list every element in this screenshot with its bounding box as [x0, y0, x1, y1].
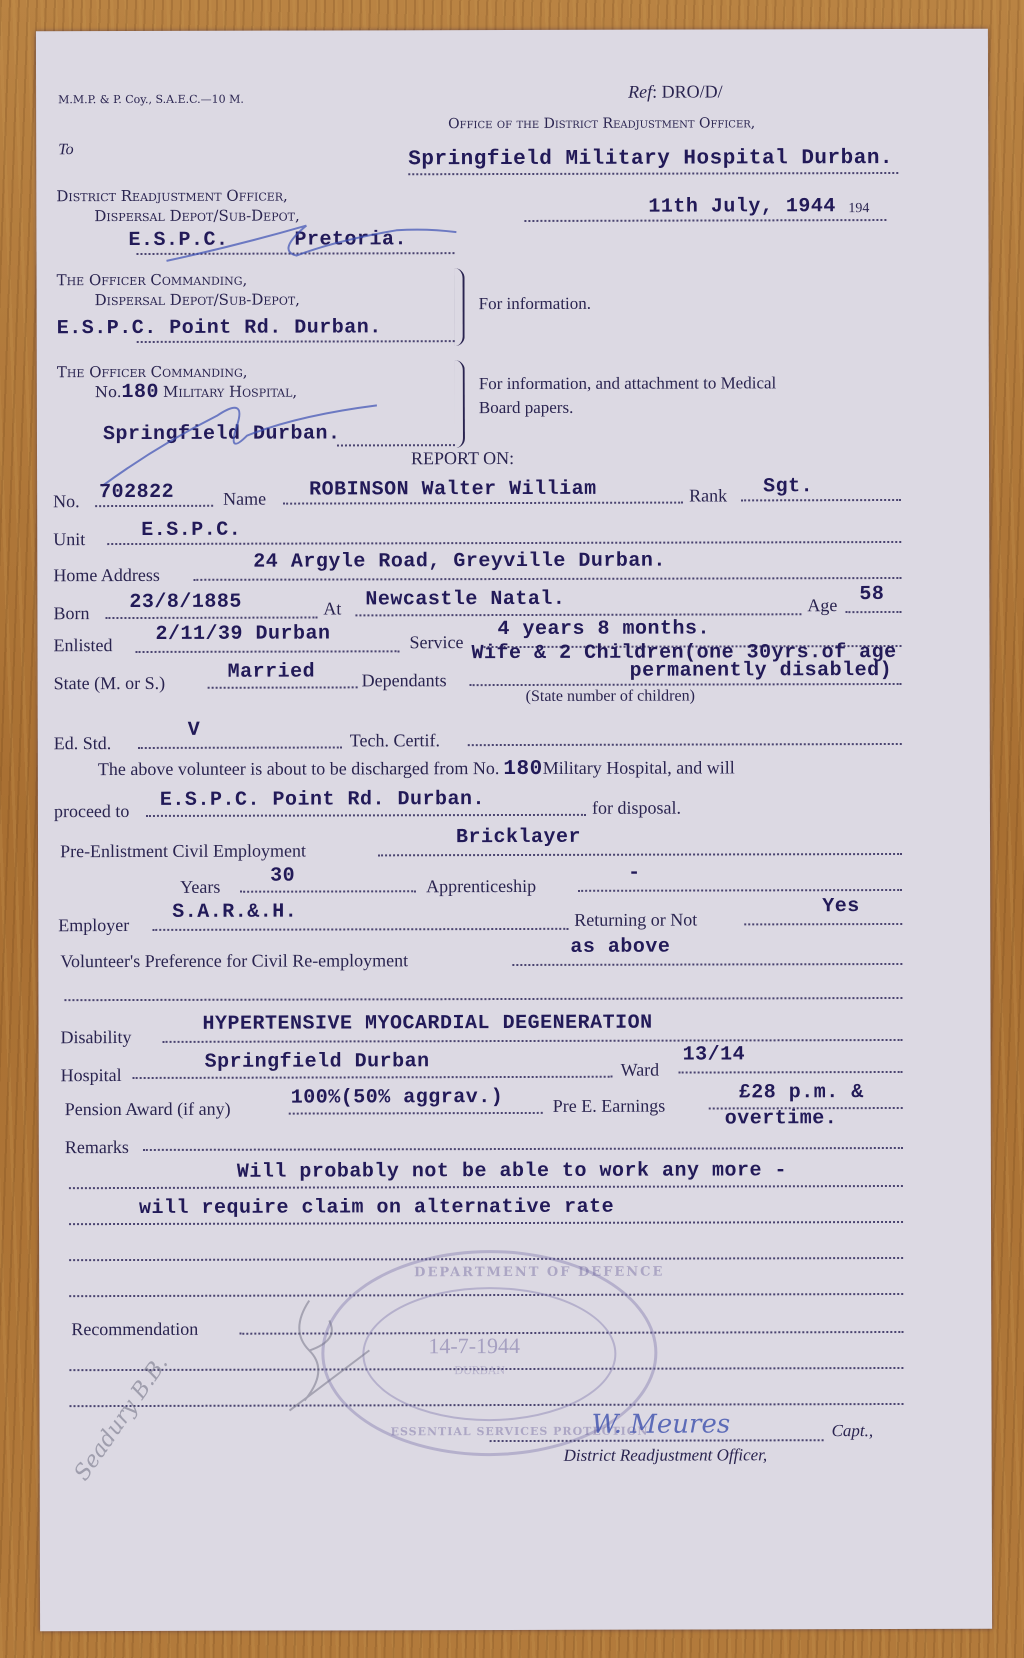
addressee-2-note: For information.: [479, 294, 591, 314]
preference-label: Volunteer's Preference for Civil Re-empl…: [60, 950, 408, 972]
readjustment-report-form: M.M.P. & P. Coy., S.A.E.C.—10 M. Ref: DR…: [36, 29, 992, 1631]
apprenticeship-label: Apprenticeship: [426, 876, 536, 897]
recommendation-label: Recommendation: [71, 1319, 198, 1340]
to-label: To: [58, 141, 73, 159]
earnings-label: Pre E. Earnings: [553, 1096, 666, 1117]
age-value: 58: [859, 583, 884, 606]
dependants-value-line2: permanently disabled): [630, 659, 893, 683]
pension-value: 100%(50% aggrav.): [291, 1086, 504, 1110]
signature-title: District Readjustment Officer,: [564, 1445, 768, 1466]
rank-label: Rank: [689, 485, 727, 506]
enlisted-value: 2/11/39 Durban: [155, 622, 330, 645]
service-label: Service: [409, 632, 463, 653]
addressee-2-line1: The Officer Commanding,: [57, 271, 248, 289]
office-location: Springfield Military Hospital Durban.: [408, 147, 893, 171]
printer-mark: M.M.P. & P. Coy., S.A.E.C.—10 M.: [58, 93, 244, 106]
pre-employment-value: Bricklayer: [456, 826, 581, 849]
ink-scribble-icon: [156, 210, 456, 271]
ref-value: DRO/D/: [662, 81, 723, 101]
report-heading: REPORT ON:: [411, 448, 514, 469]
dependants-label: Dependants: [362, 670, 447, 691]
employer-label: Employer: [58, 915, 129, 936]
stamp-date: 14-7-1944: [428, 1333, 520, 1359]
hospital-value: Springfield Durban: [205, 1050, 430, 1074]
remarks-line1: Will probably not be able to work any mo…: [237, 1159, 787, 1183]
addressee-1-line1: District Readjustment Officer,: [56, 187, 288, 206]
edstd-label: Ed. Std.: [54, 733, 112, 754]
proceed-value: E.S.P.C. Point Rd. Durban.: [160, 788, 485, 812]
rank-value: Sgt.: [763, 475, 813, 498]
employer-value: S.A.R.&.H.: [172, 901, 297, 924]
enlisted-label: Enlisted: [53, 635, 112, 656]
service-number: 702822: [99, 481, 174, 504]
disability-value: HYPERTENSIVE MYOCARDIAL DEGENERATION: [202, 1012, 652, 1036]
report-date: 11th July, 1944: [648, 195, 836, 218]
addressee-2-line2: Dispersal Depot/Sub-Depot,: [95, 291, 300, 310]
addressee-3-note-line1: For information, and attachment to Medic…: [479, 373, 776, 394]
state-value: Married: [228, 661, 316, 684]
hospital-label: Hospital: [61, 1065, 122, 1086]
pencil-margin-note: Seadury B.B.: [70, 1352, 174, 1486]
address-value: 24 Argyle Road, Greyville Durban.: [253, 550, 666, 574]
addressee-3-note-line2: Board papers.: [479, 398, 573, 418]
remarks-line2: will require claim on alternative rate: [139, 1196, 614, 1220]
unit-value: E.S.P.C.: [141, 519, 241, 542]
years-label: Years: [180, 877, 220, 898]
born-value: 23/8/1885: [129, 591, 242, 614]
remarks-label: Remarks: [65, 1137, 129, 1158]
signature-rank: Capt.,: [832, 1421, 874, 1441]
proceed-label: proceed to: [54, 801, 130, 822]
age-label: Age: [807, 595, 837, 616]
ward-label: Ward: [621, 1060, 660, 1081]
birthplace-value: Newcastle Natal.: [365, 588, 565, 612]
address-label: Home Address: [53, 565, 160, 586]
no-label: No.: [53, 491, 80, 512]
state-label: State (M. or S.): [54, 673, 166, 694]
ref-label: Ref: [628, 82, 652, 102]
ref-block: Ref: DRO/D/: [628, 81, 723, 102]
edstd-value: V: [188, 719, 201, 742]
ward-value: 13/14: [683, 1043, 746, 1066]
earnings-value-line1: £28 p.m. &: [739, 1081, 864, 1104]
unit-label: Unit: [53, 529, 85, 550]
years-value: 30: [270, 865, 295, 888]
name-value: ROBINSON Walter William: [309, 478, 597, 502]
pension-label: Pension Award (if any): [65, 1099, 231, 1120]
service-value: 4 years 8 months.: [497, 617, 710, 641]
preference-value: as above: [570, 936, 670, 959]
disability-label: Disability: [61, 1027, 132, 1048]
addressee-2-location: E.S.P.C. Point Rd. Durban.: [57, 316, 382, 340]
pencil-initials-icon: [279, 1290, 399, 1420]
at-label: At: [323, 598, 341, 619]
name-label: Name: [223, 489, 266, 510]
signature: W. Meures: [592, 1409, 731, 1439]
disposal-label: for disposal.: [592, 798, 681, 819]
stamp-place: DURBAN: [454, 1363, 505, 1378]
pre-employment-label: Pre-Enlistment Civil Employment: [60, 841, 306, 863]
returning-label: Returning or Not: [574, 910, 697, 931]
returning-value: Yes: [822, 895, 860, 918]
addressee-3-line1: The Officer Commanding,: [57, 363, 248, 381]
office-line: Office of the District Readjustment Offi…: [448, 115, 755, 132]
techcert-label: Tech. Certif.: [350, 730, 440, 751]
dependants-hint: (State number of children): [526, 688, 695, 706]
date-suffix: 194: [848, 201, 869, 217]
earnings-value-line2: overtime.: [725, 1107, 838, 1130]
brace-icon: [455, 360, 465, 448]
stamp-top-text: DEPARTMENT OF DEFENCE: [414, 1265, 664, 1281]
apprenticeship-value: -: [628, 862, 641, 885]
born-label: Born: [53, 603, 89, 624]
discharge-sentence: The above volunteer is about to be disch…: [98, 757, 735, 782]
brace-icon: [455, 268, 465, 346]
